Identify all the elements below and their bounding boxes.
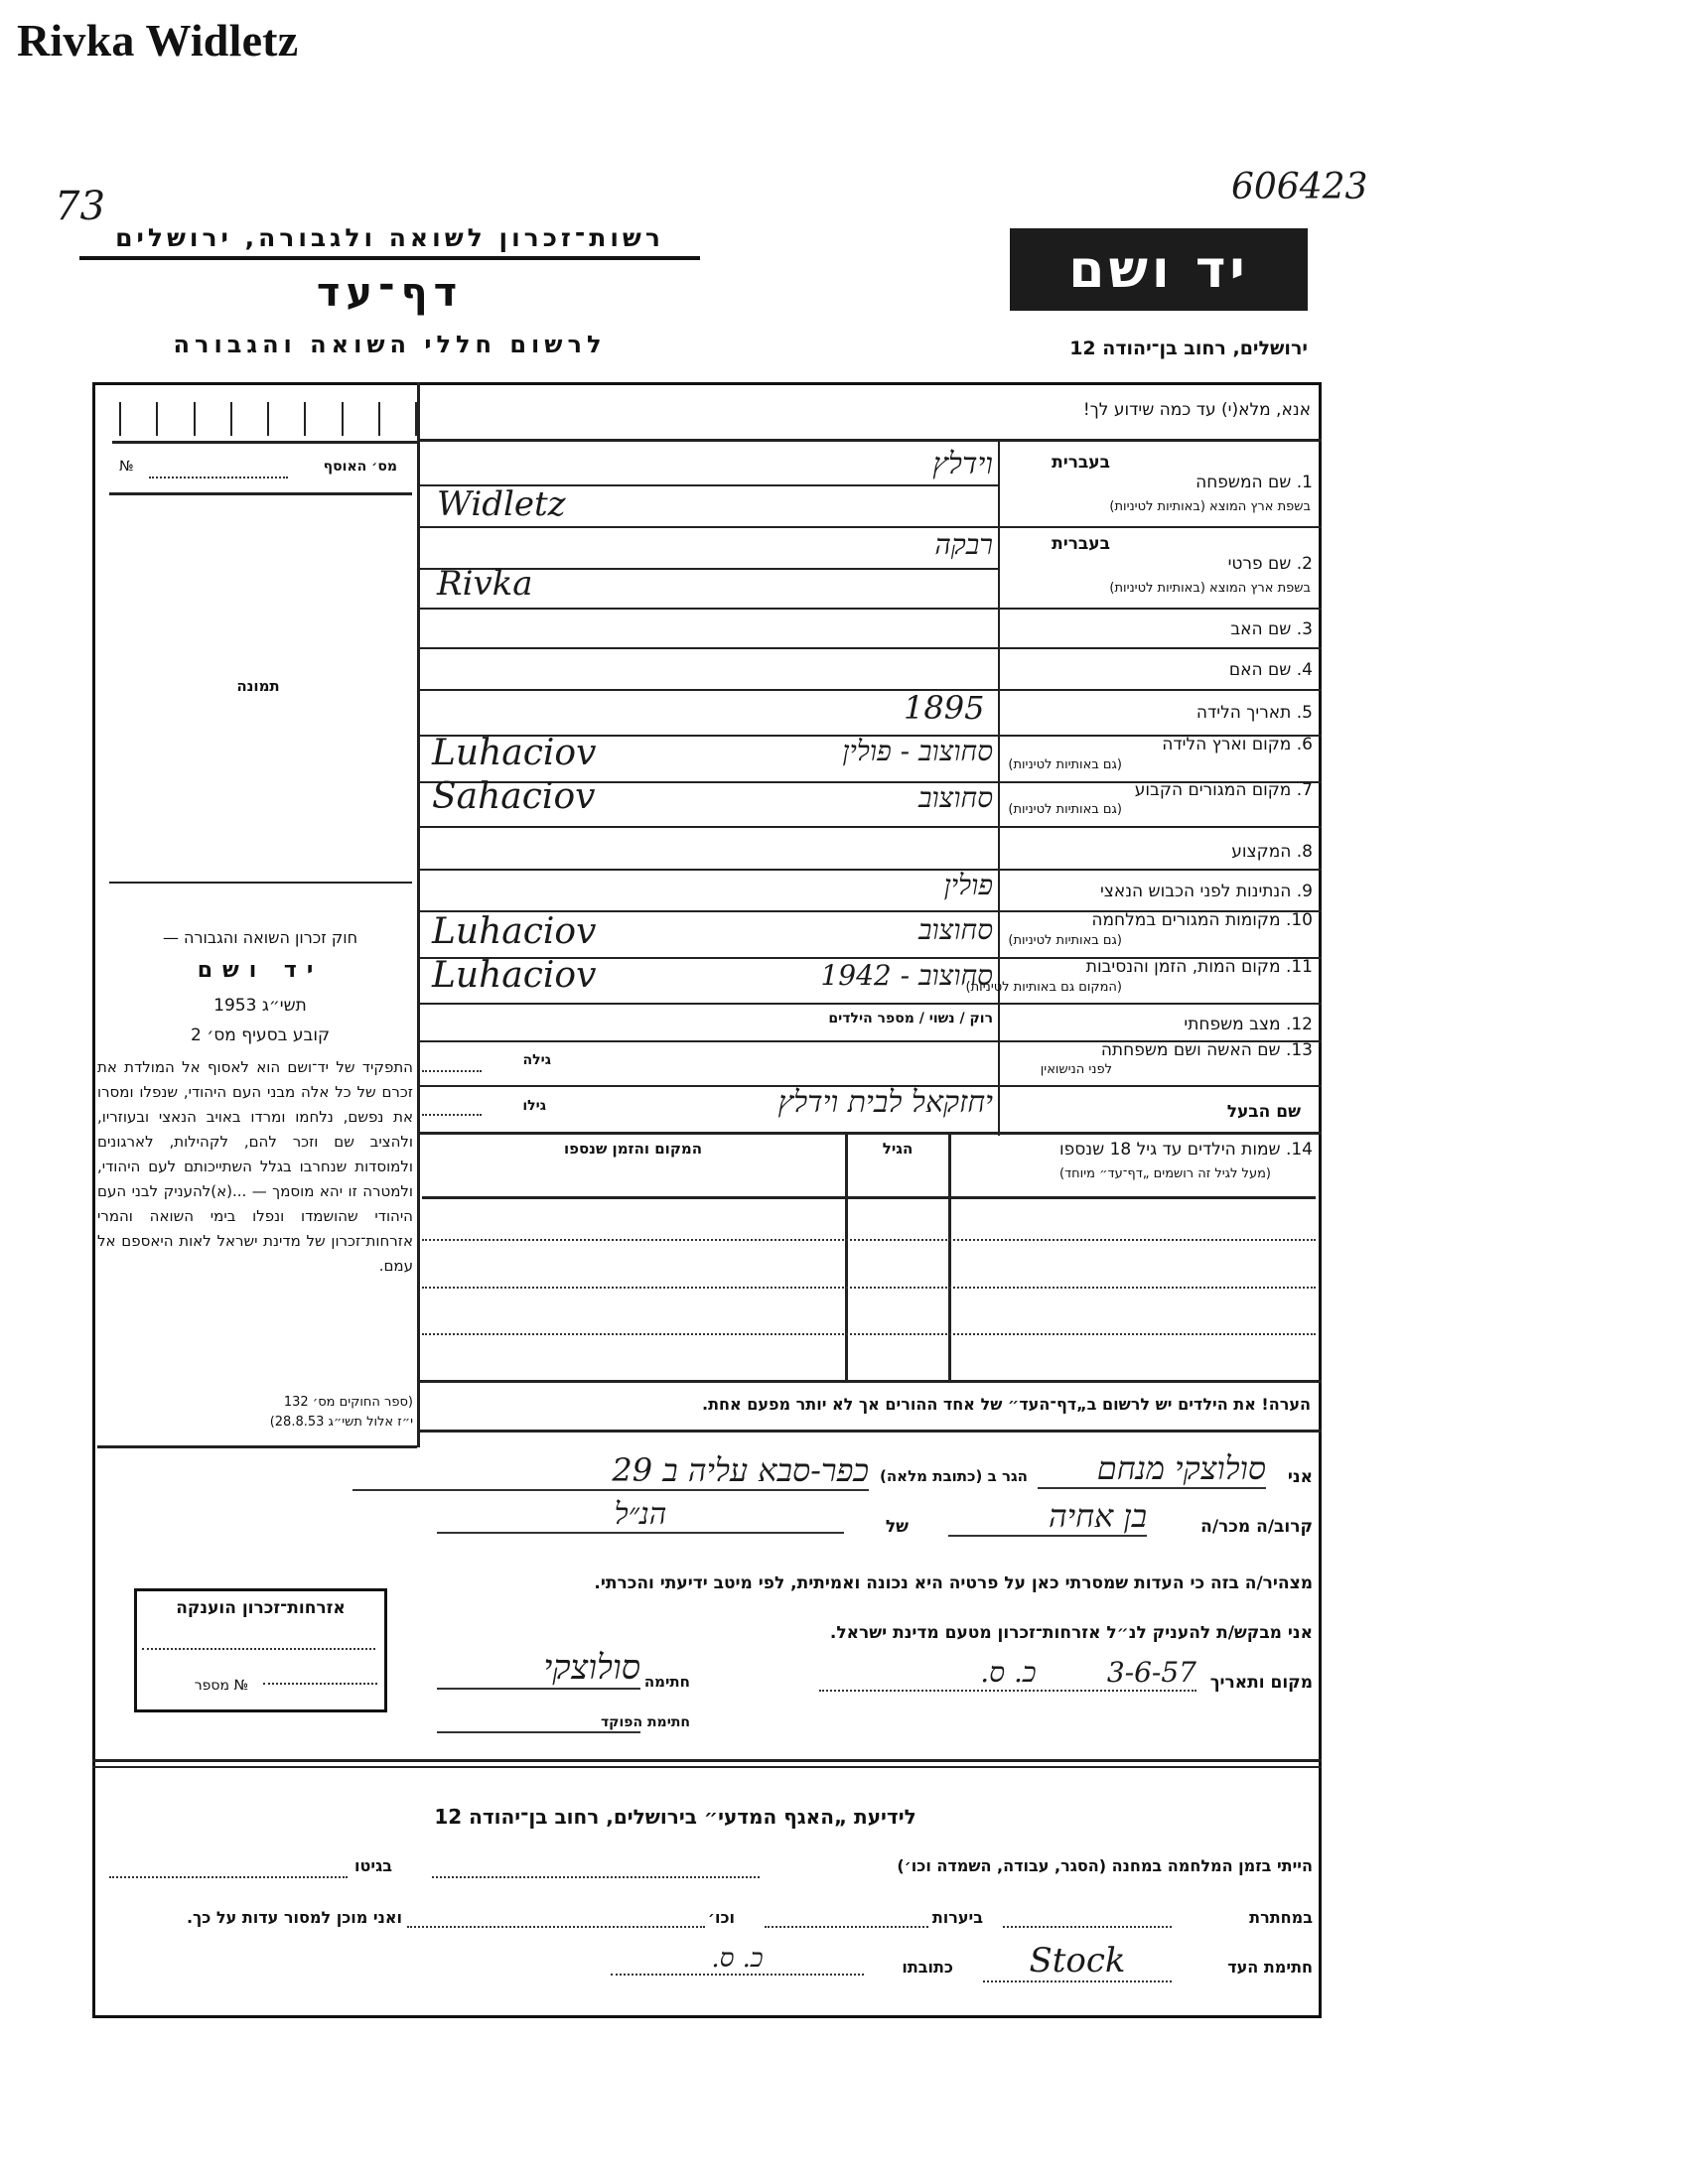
collection-number-field[interactable] xyxy=(149,477,288,478)
form-title: דף־עד xyxy=(79,270,700,316)
divider xyxy=(109,882,412,884)
husband-value[interactable]: יחזקאל לבית וידלץ xyxy=(576,1085,993,1120)
table-row[interactable] xyxy=(422,1287,1316,1289)
underground-label: במחתרת xyxy=(1249,1908,1313,1927)
citizenship-number-label: № מספר xyxy=(195,1678,248,1694)
declarant-address[interactable]: כפר-סבא עליה ב 29 xyxy=(352,1451,869,1491)
field-2-sub-hebrew: בעברית xyxy=(1052,534,1110,554)
table-row[interactable] xyxy=(422,1239,1316,1241)
divider xyxy=(109,492,412,495)
field-1-value-latin[interactable]: Widletz xyxy=(437,484,566,524)
field-7-value-hebrew[interactable]: סחוצוב xyxy=(755,781,993,815)
etc-label: וכו׳ xyxy=(708,1908,735,1927)
field-2-value-latin[interactable]: Rivka xyxy=(437,564,533,604)
field-14-label: 14. שמות הילדים עד גיל 18 שנספו xyxy=(1059,1140,1313,1160)
relation-value[interactable]: בן אחיה xyxy=(948,1497,1147,1537)
field-11-value-latin[interactable]: Luhaciov xyxy=(432,955,596,996)
law-name: יד ושם xyxy=(111,958,409,983)
field-14-sub: (מעל לגיל זה רושמים „דף־עד״ מיוחד) xyxy=(1059,1166,1271,1181)
wife-age-field[interactable] xyxy=(422,1070,482,1072)
field-11-label: 11. מקום המות, הזמן והנסיבות xyxy=(1086,957,1313,977)
declaration-text: מצהיר/ה בזה כי העדות שמסרתי כאן על פרטיה… xyxy=(594,1573,1313,1593)
field-3-label: 3. שם האב xyxy=(1230,619,1313,639)
field-7-value-latin[interactable]: Sahaciov xyxy=(432,776,595,817)
table-col-divider xyxy=(845,1132,848,1380)
field-10-value-hebrew[interactable]: סחוצוב xyxy=(814,913,993,947)
field-10-value-latin[interactable]: Luhaciov xyxy=(432,911,596,952)
signature-value[interactable]: סולוצקי xyxy=(437,1648,640,1690)
signature-label: חתימה xyxy=(644,1673,690,1691)
declarant-i-label: אני xyxy=(1288,1467,1313,1487)
divider xyxy=(112,441,417,444)
field-10-sub: (גם באותיות לטיניות) xyxy=(1008,933,1122,948)
field-9-value[interactable]: פולין xyxy=(854,869,993,902)
wife-age-label: גילה xyxy=(523,1052,551,1068)
witness-signature-value[interactable]: Stock xyxy=(983,1941,1172,1982)
field-1-value-hebrew[interactable]: וידלץ xyxy=(794,447,993,481)
field-13-sub: לפני הנישואין xyxy=(1041,1062,1112,1077)
field-6-value-latin[interactable]: Luhaciov xyxy=(432,733,596,773)
divider xyxy=(417,439,1322,442)
forests-label: ביערות xyxy=(932,1908,983,1927)
table-row[interactable] xyxy=(422,1333,1316,1335)
official-signature-field[interactable] xyxy=(437,1700,640,1733)
address-line: ירושלים, רחוב בן־יהודה 12 xyxy=(1010,338,1308,359)
marital-status-options[interactable]: רוק / נשוי / מספר הילדים xyxy=(828,1011,993,1026)
no-label: № xyxy=(119,459,139,475)
field-11-value-hebrew[interactable]: סחוצוב - 1942 xyxy=(695,959,993,993)
declarant-name[interactable]: סולוצקי מנחם xyxy=(1038,1449,1266,1489)
divider xyxy=(92,1766,1322,1768)
law-heading: חוק זכרון השואה והגבורה — xyxy=(111,928,409,947)
field-13-label: 13. שם האשה ושם משפחתה xyxy=(1101,1040,1313,1060)
table-header-line xyxy=(422,1196,1316,1199)
citizenship-field[interactable] xyxy=(142,1648,375,1650)
record-number: 606423 xyxy=(1231,167,1367,207)
citizenship-box-title: אזרחות־זכרון הוענקה xyxy=(139,1598,382,1618)
of-label: של xyxy=(886,1517,909,1537)
field-1-label: 1. שם המשפחה xyxy=(1196,473,1313,492)
residing-label: הגר ב (כתובת מלאה) xyxy=(880,1467,1028,1485)
field-5-label: 5. תאריך הלידה xyxy=(1196,703,1313,723)
collection-number-label: מס׳ האוסף xyxy=(324,459,397,475)
code-ticks xyxy=(119,402,417,436)
field-6-label: 6. מקום וארץ הלידה xyxy=(1162,735,1313,754)
field-4-value[interactable] xyxy=(422,651,993,685)
field-1-sub-native: בשפת ארץ המוצא (באותיות לטיניות) xyxy=(1109,499,1311,514)
field-8-label: 8. המקצוע xyxy=(1231,842,1313,862)
row-line xyxy=(417,826,1322,828)
camp-label: הייתי בזמן המלחמה במחנה (הסגר, עבודה, הש… xyxy=(897,1856,1313,1875)
place-date-value: 3-6-57 כ. ס. xyxy=(819,1656,1196,1692)
age-header: הגיל xyxy=(849,1140,946,1158)
row-line xyxy=(417,689,1322,691)
law-year: תשי״ג 1953 xyxy=(111,996,409,1016)
instructions: אנא, מלא(י) עד כמה שידוע לך! xyxy=(1083,400,1311,420)
label-column-divider xyxy=(998,441,1000,1136)
husband-age-label: גילו xyxy=(522,1098,546,1114)
etc-field[interactable] xyxy=(407,1926,705,1928)
field-6-sub: (גם באותיות לטיניות) xyxy=(1008,757,1122,772)
table-col-divider xyxy=(948,1132,951,1380)
field-2-label: 2. שם פרטי xyxy=(1228,554,1313,574)
left-panel-border xyxy=(417,382,420,1447)
field-5-value[interactable]: 1895 xyxy=(904,689,984,727)
field-8-value[interactable] xyxy=(422,830,993,866)
field-7-sub: (גם באותיות לטיניות) xyxy=(1008,802,1122,817)
law-text: התפקיד של יד־ושם הוא לאסוף אל המולדת את … xyxy=(97,1055,413,1279)
field-4-label: 4. שם האם xyxy=(1229,660,1313,680)
divider xyxy=(92,1759,1322,1762)
of-value[interactable]: הנ״ל xyxy=(437,1497,844,1534)
yad-vashem-logo: יד ושם xyxy=(1010,228,1308,311)
place-time-header: המקום והזמן שנספו xyxy=(422,1140,844,1158)
field-6-value-hebrew[interactable]: סחוצוב - פולין xyxy=(695,735,993,768)
field-1-sub-hebrew: בעברית xyxy=(1052,453,1110,473)
law-citation-1: (ספר החוקים מס׳ 132 xyxy=(97,1395,413,1410)
field-7-label: 7. מקום המגורים הקבוע xyxy=(1135,780,1313,800)
forests-field[interactable] xyxy=(765,1926,928,1928)
field-10-label: 10. מקומות המגורים במלחמה xyxy=(1091,910,1313,930)
witness-address-value[interactable]: כ. ס. xyxy=(611,1944,864,1976)
field-3-value[interactable] xyxy=(422,612,993,643)
divider xyxy=(97,1445,417,1448)
field-2-value-hebrew[interactable]: רבקה xyxy=(794,528,993,562)
underground-field[interactable] xyxy=(1003,1926,1172,1928)
row-line xyxy=(417,1003,1322,1005)
place-date-label: מקום ותאריך xyxy=(1210,1673,1313,1693)
photo-area[interactable] xyxy=(111,496,409,879)
page-title: Rivka Widletz xyxy=(17,14,298,67)
row-line xyxy=(417,647,1322,649)
relative-label: קרוב/ה מכר/ה xyxy=(1200,1517,1313,1537)
table-bottom xyxy=(417,1380,1322,1383)
field-2-sub-native: בשפת ארץ המוצא (באותיות לטיניות) xyxy=(1109,581,1311,596)
law-section: קובע בסעיף מס׳ 2 xyxy=(111,1025,409,1045)
note: הערה! את הילדים יש לרשום ב„דף־העד״ של אח… xyxy=(702,1395,1311,1414)
witness-signature-label: חתימת העד xyxy=(1227,1958,1313,1977)
field-12-label: 12. מצב משפחתי xyxy=(1184,1015,1313,1034)
row-line xyxy=(417,1132,1322,1135)
witness-address-label: כתובתו xyxy=(902,1958,953,1977)
row-line xyxy=(417,608,1322,610)
husband-age-field[interactable] xyxy=(422,1114,482,1116)
citizenship-number-field[interactable] xyxy=(263,1683,377,1685)
field-9-label: 9. הנתינות לפני הכבוש הנאצי xyxy=(1100,882,1313,901)
divider xyxy=(417,1430,1322,1433)
ghetto-field[interactable] xyxy=(109,1876,348,1878)
ready-testify-text: ואני מוכן למסור עדות על כך. xyxy=(187,1908,402,1927)
request-text: אני מבקש/ת להעניק לנ״ל אזרחות־זכרון מטעם… xyxy=(830,1623,1313,1643)
law-citation-2: י״ז אלול תשי״ג 28.8.53) xyxy=(97,1415,413,1430)
special-dept-heading: לידיעת „האגף המדעי״ בירושלים, רחוב בן־יה… xyxy=(298,1805,1053,1829)
husband-label: שם הבעל xyxy=(1227,1102,1301,1122)
camp-field[interactable] xyxy=(432,1876,760,1878)
ghetto-label: בגיטו xyxy=(354,1856,392,1875)
authority-line: רשות־זכרון לשואה ולגבורה, ירושלים xyxy=(79,223,700,260)
form-subtitle: לרשום חללי השואה והגבורה xyxy=(79,331,700,358)
